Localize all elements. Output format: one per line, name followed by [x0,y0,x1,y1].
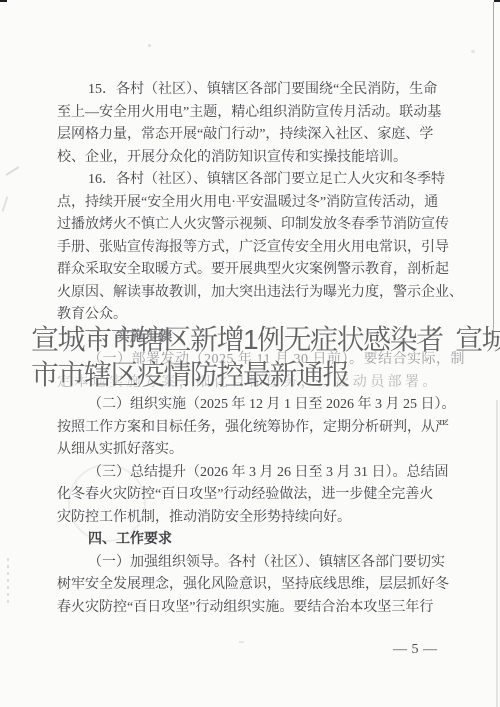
doc-line: 15．各村（社区）、镇辖区各部门要围绕“全民消防，生命 [57,79,457,102]
page-number: — 5 — [393,642,438,658]
scanned-document-page: 15．各村（社区）、镇辖区各部门要围绕“全民消防，生命 至上—安全用火用电”主题… [0,0,500,707]
doc-line: 灾防控工作机制，推动消防安全形势持续向好。 [57,507,457,530]
doc-line: 从细从实抓好落实。 [57,439,457,462]
scan-artifact-left-squiggle [7,558,9,604]
scan-artifact-right-line-upper [493,2,494,334]
scan-artifact-speck [471,50,475,53]
doc-line: （二）组织实施（2025 年 12 月 1 日至 2026 年 3 月 25 日… [57,394,457,417]
doc-line: 春火灾防控“百日攻坚”行动组织实施。要结合治本攻坚三年行 [57,597,457,620]
doc-line: 树牢安全发展理念，强化风险意识，坚持底线思维，层层抓好冬 [57,574,457,597]
doc-section-heading: 四、工作要求 [57,529,457,552]
doc-line: 手册、张贴宣传海报等方式，广泛宣传安全用火用电常识，引导 [57,237,457,260]
headline-line-1: 宣城市市辖区新增1例无症状感染者 宣城 [31,324,500,356]
doc-line: （三）总结提升（2026 年 3 月 26 日至 3 月 31 日）。总结固 [57,462,457,485]
doc-line: （一）加强组织领导。各村（社区）、镇辖区各部门要切实 [57,552,457,575]
doc-line: 按照工作方案和目标任务，强化统筹协作，定期分析研判，从严 [57,417,457,440]
scan-artifact-left-mark-b [2,196,9,212]
scan-artifact-top-right-mark [494,0,500,2]
doc-line: 校、企业，开展分众化的消防知识宣传和实操技能培训。 [57,147,457,170]
scan-artifact-speck [148,44,151,47]
headline-line-2: 市市辖区疫情防控最新通报 [31,359,349,391]
doc-line: 点，持续开展“安全用火用电·平安温暖过冬”消防宣传活动，通 [57,192,457,215]
doc-line: 16．各村（社区）、镇辖区各部门要立足亡人火灾和冬季特 [57,169,457,192]
doc-line: 层网格力量，常态开展“敲门行动”，持续深入社区、家庭、学 [57,124,457,147]
doc-line: 群众采取安全取暖方式。要开展典型火灾案例警示教育，剖析起 [57,259,457,282]
doc-line: 至上—安全用火用电”主题，精心组织消防宣传月活动。联动基 [57,102,457,125]
scan-artifact-top-left-mark [0,0,7,2]
scan-artifact-speck [239,641,244,643]
scan-artifact-right-line-lower [496,400,498,707]
doc-line: 化冬春火灾防控“百日攻坚”行动经验做法，进一步健全完善火 [57,484,457,507]
doc-line: 火原因、解读事故教训，加大突出违法行为曝光力度，警示企业、 [57,282,457,305]
doc-line: 过播放烤火不慎亡人火灾警示视频、印制发放冬春季节消防宣传 [57,214,457,237]
scan-artifact-left-mark-a [6,166,20,176]
